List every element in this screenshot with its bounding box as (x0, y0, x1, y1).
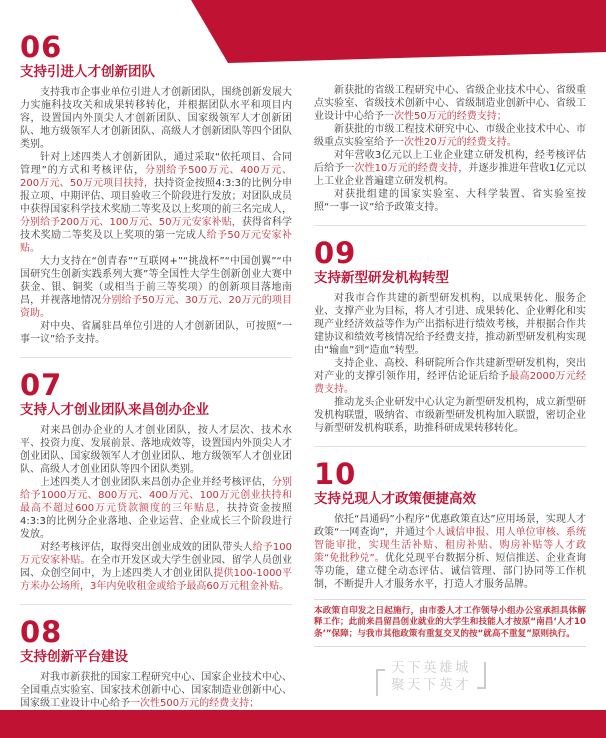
body-text: 对经考核评估，取得突出创业成效的团队带头人 (40, 542, 253, 553)
watermark-right-bracket (477, 662, 486, 689)
body-text: 对我市合作共建的新型研发机构，以成果转化、服务企业、支撑产业为目标，将人才引进、… (314, 293, 586, 356)
section-continuation: 新获批的省级工程研究中心、省级企业技术中心、省级重点实验室、省级技术创新中心、省… (314, 84, 586, 214)
section-divider (20, 357, 292, 358)
left-column: 06支持引进人才创新团队支持我市企事业单位引进人才创新团队，围绕创新发展大力实施… (20, 0, 292, 710)
paragraph: 对中央、省属驻昌单位引进的人才创新团队，可按照“一事一议”给予支持。 (20, 320, 292, 346)
body-text: 对获批组建的国家实验室、大科学装置、省实验室按照“一事一议”给予政策支持。 (314, 189, 586, 213)
section-divider (20, 604, 292, 605)
policy-section: 09支持新型研发机构转型对我市合作共建的新型研发机构，以成果转化、服务企业、支撑… (314, 239, 586, 435)
section-number: 09 (314, 239, 586, 268)
paragraph: 新获批的省级工程研究中心、省级企业技术中心、省级重点实验室、省级技术创新中心、省… (314, 84, 586, 123)
bottom-red-band (0, 710, 606, 738)
section-divider (314, 446, 586, 447)
slogan-line-2: 聚天下英才 (391, 677, 471, 694)
section-title: 支持创新平台建设 (20, 650, 292, 665)
body-text: 对中央、省属驻昌单位引进的人才创新团队，可按照“一事一议”给予支持。 (20, 321, 292, 345)
paragraph: 上述四类人才创业团队来昌创办企业并经考核评估，分别给予1000万元、800万元、… (20, 476, 292, 541)
section-divider (314, 225, 586, 226)
paragraph: 对经考核评估，取得突出创业成效的团队带头人给予100万元安家补贴。在全市开发区或… (20, 541, 292, 593)
paragraph: 对我市新获批的国家工程研究中心、国家企业技术中心、全国重点实验室、国家技术创新中… (20, 671, 292, 710)
emphasis-text: 分别给予200万元、100万元、50万元安家补贴， (20, 217, 242, 228)
policy-section: 10支持兑现人才政策便捷高效依托“昌通码”小程序“优惠政策直达”应用场景，实现人… (314, 460, 586, 591)
emphasis-text: 一次性20万元的经费支持。 (394, 137, 517, 148)
paragraph: 依托“昌通码”小程序“优惠政策直达”应用场景，实现人才政策“一网查询”，并通过个… (314, 513, 586, 591)
section-number: 06 (20, 33, 292, 62)
body-text: 推动龙头企业研发中心认定为新型研发机构，成立新型研发机构联盟，吸纳省、市级新型研… (314, 397, 586, 434)
paragraph: 新获批的市级工程技术研究中心、市级企业技术中心、市级重点实验室给予一次性20万元… (314, 123, 586, 149)
watermark-left-bracket (376, 669, 385, 696)
slogan-text: 天下英雄城 聚天下英才 (391, 660, 471, 693)
section-number: 08 (20, 618, 292, 647)
right-column: 新获批的省级工程研究中心、省级企业技术中心、省级重点实验室、省级技术创新中心、省… (314, 0, 586, 710)
paragraph: 对年营收3亿元以上工业企业建立研发机构，经考核评估后给予一次性10万元的经费支持… (314, 149, 586, 188)
paragraph: 推动龙头企业研发中心认定为新型研发机构，成立新型研发机构联盟，吸纳省、市级新型研… (314, 396, 586, 435)
section-number: 07 (20, 371, 292, 400)
emphasis-text: 本政策自印发之日起施行，由市委人才工作领导小组办公室承担具体解释工作；此前来昌留… (314, 606, 586, 639)
policy-section: 06支持引进人才创新团队支持我市企事业单位引进人才创新团队，围绕创新发展大力实施… (20, 33, 292, 346)
paragraph: 对我市合作共建的新型研发机构，以成果转化、服务企业、支撑产业为目标，将人才引进、… (314, 292, 586, 357)
body-text: 对来昌创办企业的人才创业团队，按人才层次、技术水平、投资力度、发展前景、落地成效… (20, 425, 292, 475)
paragraph: 对来昌创办企业的人才创业团队，按人才层次、技术水平、投资力度、发展前景、落地成效… (20, 424, 292, 476)
paragraph: 针对上述四类人才创新团队，通过采取“依托项目、合同管理”的方式和考核评估，分别给… (20, 151, 292, 255)
footnote: 本政策自印发之日起施行，由市委人才工作领导小组办公室承担具体解释工作；此前来昌留… (314, 599, 586, 648)
paragraph: 本政策自印发之日起施行，由市委人才工作领导小组办公室承担具体解释工作；此前来昌留… (314, 606, 586, 641)
section-title: 支持兑现人才政策便捷高效 (314, 492, 586, 507)
policy-section: 08支持创新平台建设对我市新获批的国家工程研究中心、国家企业技术中心、全国重点实… (20, 618, 292, 710)
section-title: 支持引进人才创新团队 (20, 65, 292, 80)
emphasis-text: 一次性500万元的经费支持； (130, 698, 259, 709)
body-text: 上述四类人才创业团队来昌创办企业并经考核评估， (40, 477, 272, 488)
section-title: 支持人才创业团队来昌创办企业 (20, 403, 292, 418)
slogan-line-1: 天下英雄城 (391, 660, 471, 677)
paragraph: 支持企业、高校、科研院所合作共建新型研发机构，突出对产业的支撑引领作用，经评估论… (314, 357, 586, 396)
paragraph: 支持我市企事业单位引进人才创新团队，围绕创新发展大力实施科技攻关和成果转移转化，… (20, 86, 292, 151)
policy-columns: 06支持引进人才创新团队支持我市企事业单位引进人才创新团队，围绕创新发展大力实施… (0, 0, 606, 710)
emphasis-text: 一次性50万元的经费支持； (384, 111, 507, 122)
policy-section: 07支持人才创业团队来昌创办企业对来昌创办企业的人才创业团队，按人才层次、技术水… (20, 371, 292, 593)
paragraph: 大力支持在“创青春”“互联网+”“挑战杯”“中国创翼”“中国研究生创新实践系列大… (20, 255, 292, 320)
slogan-watermark: 天下英雄城 聚天下英才 (376, 660, 486, 696)
section-number: 10 (314, 460, 586, 489)
paragraph: 对获批组建的国家实验室、大科学装置、省实验室按照“一事一议”给予政策支持。 (314, 188, 586, 214)
body-text: 支持我市企事业单位引进人才创新团队，围绕创新发展大力实施科技攻关和成果转移转化，… (20, 87, 292, 150)
section-title: 支持新型研发机构转型 (314, 271, 586, 286)
emphasis-text: 一次性10万元的经费支持， (344, 163, 468, 174)
